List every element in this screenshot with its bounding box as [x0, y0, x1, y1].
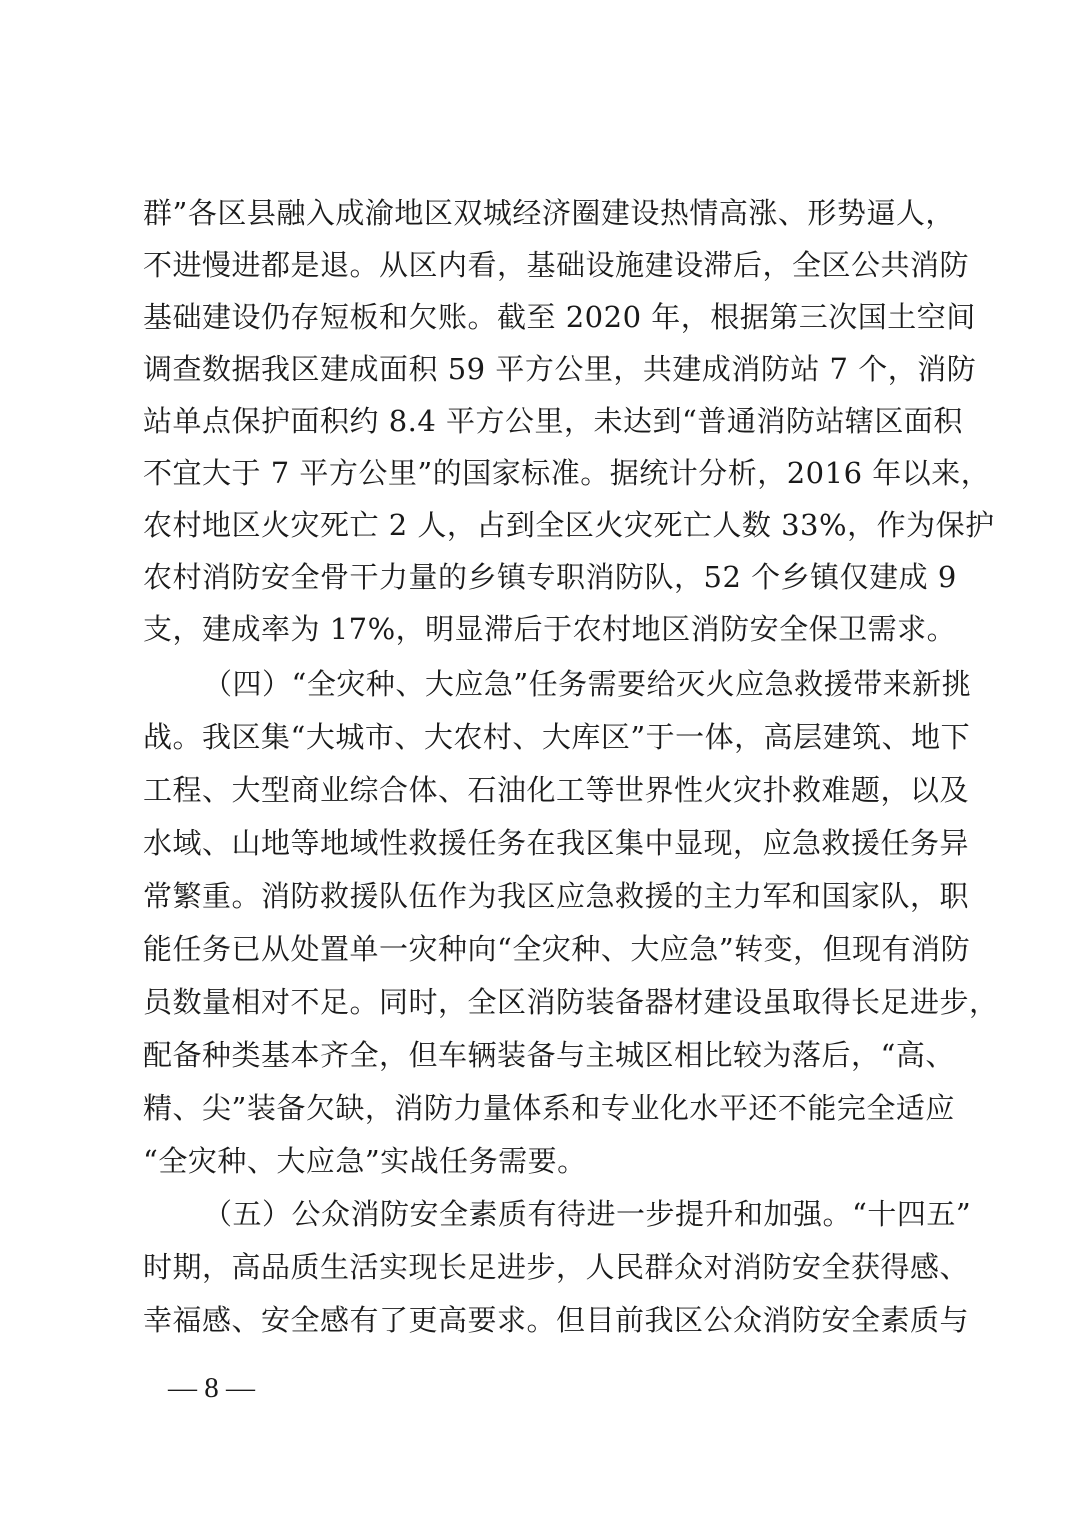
text-line: 农村地区火灾死亡 2 人，占到全区火灾死亡人数 33%，作为保护 [143, 499, 943, 551]
text-line: 不进慢进都是退。从区内看，基础设施建设滞后，全区公共消防 [143, 239, 943, 291]
text-line: 工程、大型商业综合体、石油化工等世界性火灾扑救难题，以及 [143, 764, 943, 816]
text-line: 站单点保护面积约 8.4 平方公里，未达到“普通消防站辖区面积 [143, 395, 943, 447]
text-line: 调查数据我区建成面积 59 平方公里，共建成消防站 7 个，消防 [143, 343, 943, 395]
text-line: 幸福感、安全感有了更高要求。但目前我区公众消防安全素质与 [143, 1294, 943, 1346]
text-line: 配备种类基本齐全，但车辆装备与主城区相比较为落后，“高、 [143, 1029, 943, 1081]
text-line: 群”各区县融入成渝地区双城经济圈建设热情高涨、形势逼人， [143, 187, 943, 239]
section-heading-5: （五）公众消防安全素质有待进一步提升和加强。“十四五” [203, 1188, 943, 1240]
text-line: 能任务已从处置单一灾种向“全灾种、大应急”转变，但现有消防 [143, 923, 943, 975]
text-line: “全灾种、大应急”实战任务需要。 [143, 1135, 943, 1187]
page-number: — 8 — [168, 1372, 255, 1405]
text-line: 基础建设仍存短板和欠账。截至 2020 年，根据第三次国土空间 [143, 291, 943, 343]
section-heading-4: （四）“全灾种、大应急”任务需要给灭火应急救援带来新挑 [203, 658, 943, 710]
text-line: 农村消防安全骨干力量的乡镇专职消防队，52 个乡镇仅建成 9 [143, 551, 943, 603]
text-line: 战。我区集“大城市、大农村、大库区”于一体，高层建筑、地下 [143, 711, 943, 763]
text-line: 水域、山地等地域性救援任务在我区集中显现，应急救援任务异 [143, 817, 943, 869]
text-line: 支，建成率为 17%，明显滞后于农村地区消防安全保卫需求。 [143, 603, 943, 655]
text-line: 精、尖”装备欠缺，消防力量体系和专业化水平还不能完全适应 [143, 1082, 943, 1134]
text-line: 员数量相对不足。同时，全区消防装备器材建设虽取得长足进步， [143, 976, 943, 1028]
text-line: 不宜大于 7 平方公里”的国家标准。据统计分析，2016 年以来， [143, 447, 943, 499]
document-page: 群”各区县融入成渝地区双城经济圈建设热情高涨、形势逼人， 不进慢进都是退。从区内… [0, 0, 1074, 1520]
text-line: 时期，高品质生活实现长足进步，人民群众对消防安全获得感、 [143, 1241, 943, 1293]
text-line: 常繁重。消防救援队伍作为我区应急救援的主力军和国家队，职 [143, 870, 943, 922]
